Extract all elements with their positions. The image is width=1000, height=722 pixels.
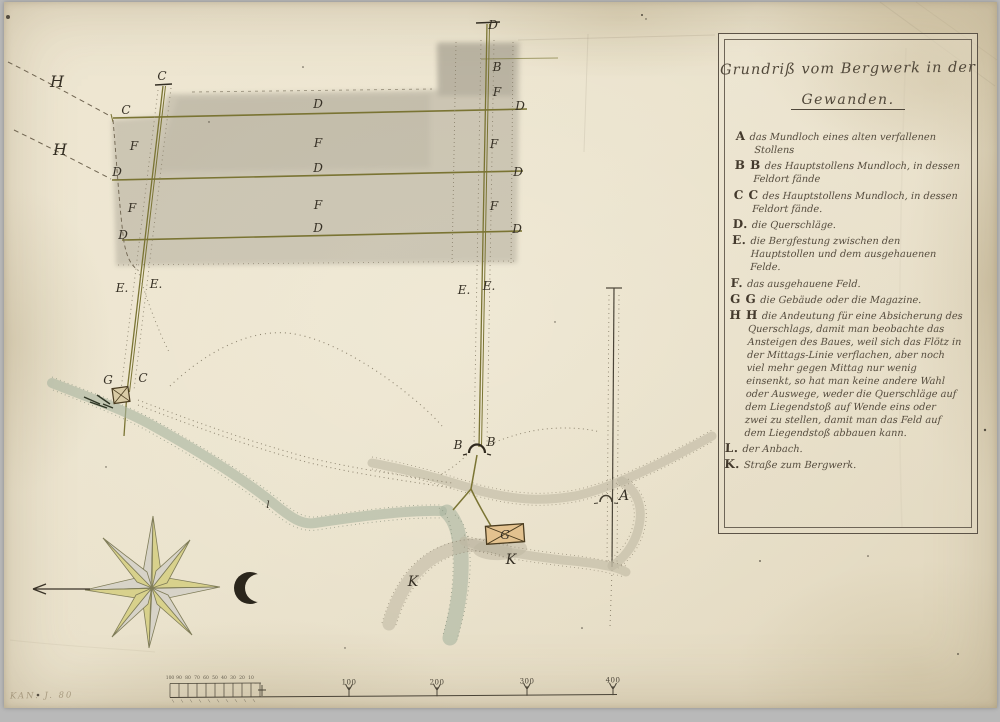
label-d2-right: D — [513, 166, 523, 178]
legend-subtitle: Gewanden. — [719, 92, 977, 108]
label-c-small: C — [138, 372, 147, 384]
label-k-road-mid: K — [506, 553, 516, 567]
adit-a-mouth-icon — [594, 496, 618, 504]
label-c-cap: C — [157, 70, 166, 82]
label-d1-right: D — [515, 100, 525, 112]
label-k-road-sw: K — [408, 575, 418, 589]
scale-minor-label: 20 — [239, 677, 245, 682]
compass-rose-icon — [85, 516, 220, 648]
label-h-upper: H — [50, 74, 64, 90]
river — [52, 377, 470, 640]
legend-title: Grundriß vom Bergwerk in der — [719, 60, 977, 79]
legend-entry-g: G Gdie Gebäude oder die Magazine. — [730, 293, 966, 308]
legend-entry-e: E.die Bergfestung zwischen den Hauptstol… — [731, 234, 967, 275]
label-e-c-right: E. — [150, 278, 163, 290]
label-a-shaft: A — [619, 489, 629, 503]
footpath-dotted — [138, 400, 600, 488]
scale-minor-label: 100 — [166, 677, 175, 682]
scale-minor-label: 50 — [212, 677, 218, 682]
label-f2-left: F — [128, 202, 136, 214]
scale-major-label: 400 — [606, 678, 621, 685]
label-h-lower: H — [53, 142, 67, 158]
scale-bar — [170, 683, 617, 703]
scanned-mining-map-page: { "document": { "type_note": "hand-drawn… — [0, 0, 1000, 722]
label-e-b-right: E. — [483, 280, 496, 292]
label-f-top: F — [493, 86, 501, 98]
label-f2-mid: F — [314, 199, 322, 211]
scale-minor-label: 80 — [185, 677, 191, 682]
legend-entry-c: C Cdes Hauptstollens Mundloch, in dessen… — [733, 189, 969, 217]
label-f1-left: F — [130, 140, 138, 152]
shaft-a-line — [606, 288, 622, 627]
scale-minor-label: 40 — [221, 677, 227, 682]
label-c-line1: C — [121, 104, 130, 116]
scale-major-label: 200 — [430, 680, 445, 687]
label-d3-left: D — [118, 229, 128, 241]
label-d-top: D — [488, 19, 498, 31]
label-g-building: G — [500, 529, 510, 541]
label-d2-left: D — [112, 166, 122, 178]
roads — [372, 430, 712, 625]
legend-entry-b: B Bdes Hauptstollens Mundloch, in dessen… — [734, 159, 970, 187]
scale-minor-label: 60 — [203, 677, 209, 682]
label-d1-mid: D — [313, 98, 323, 110]
label-b-top: B — [493, 61, 502, 73]
label-f1-right: F — [490, 138, 498, 150]
legend-entry-d: D.die Querschläge. — [732, 218, 968, 233]
label-e-c-left: E. — [116, 282, 129, 294]
scale-minor-label: 10 — [248, 677, 254, 682]
west-arrow-icon — [33, 584, 90, 594]
label-g-small: G — [103, 374, 113, 386]
label-d3-right: D — [512, 223, 522, 235]
legend-entry-h: H Hdie Andeutung für eine Absicherung de… — [725, 309, 965, 440]
scale-minor-label: 70 — [194, 677, 200, 682]
scale-major-label: 300 — [520, 679, 535, 686]
adit-c-building — [112, 386, 130, 403]
legend-entry-f: F.das ausgehauene Feld. — [730, 277, 966, 292]
legend-box: Grundriß vom Bergwerk in der Gewanden. A… — [718, 33, 978, 534]
label-f1-mid: F — [314, 137, 322, 149]
archival-mark: KAN. J. 80 — [10, 690, 74, 701]
label-f2-right: F — [490, 200, 498, 212]
label-e-b-left: E. — [458, 284, 471, 296]
crescent-moon-icon — [234, 572, 266, 604]
label-d2-mid: D — [313, 162, 323, 174]
scale-major-label: 100 — [342, 680, 357, 687]
scale-minor-label: 90 — [176, 677, 182, 682]
legend-entries: Adas Mundloch eines alten verfallenen St… — [724, 130, 971, 475]
label-b-arch-left: B — [454, 439, 463, 451]
label-l-river: l — [266, 501, 269, 511]
legend-entry-l: L.der Anbach. — [725, 442, 961, 457]
label-b-arch-right: B — [487, 436, 496, 448]
scale-minor-label: 30 — [230, 677, 236, 682]
legend-entry-k: K.Straße zum Bergwerk. — [724, 458, 960, 473]
legend-entry-a: Adas Mundloch eines alten verfallenen St… — [735, 130, 971, 158]
dotted-boundary-arc — [170, 333, 442, 426]
label-d3-mid: D — [313, 222, 323, 234]
